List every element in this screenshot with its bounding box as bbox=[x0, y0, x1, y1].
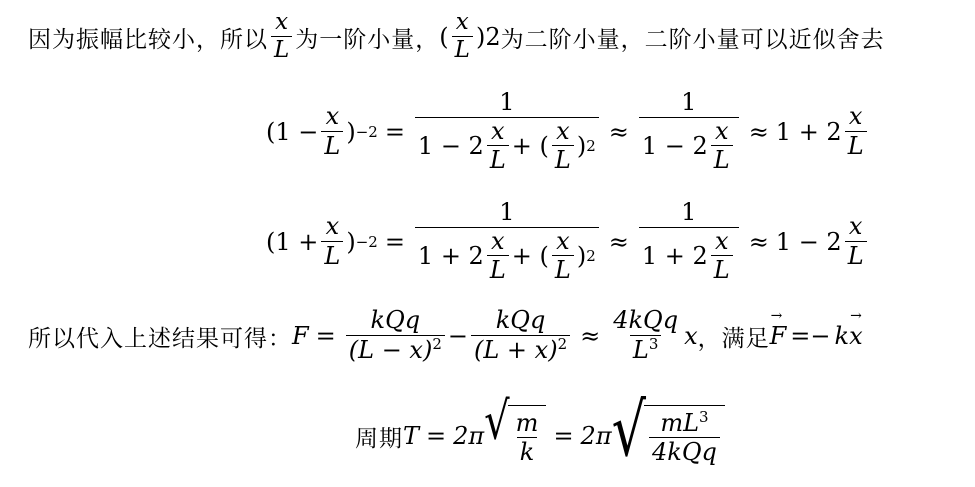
fraction-full: 1 1 − 2 xL + ( xL )2 bbox=[415, 89, 599, 175]
coulomb-term-1: kQq (L − x)2 bbox=[346, 307, 445, 364]
fraction-full: 1 1 + 2 xL + ( xL )2 bbox=[415, 199, 599, 285]
intro-paragraph: 因为振幅比较小，所以 x L 为一阶小量， ( x L )2 为二阶小量，二阶小… bbox=[28, 6, 885, 68]
vector-x: x bbox=[849, 322, 863, 350]
coulomb-term-2: kQq (L + x)2 bbox=[471, 307, 570, 364]
sqrt-period-expanded: √ mL3 4kQq bbox=[612, 405, 725, 467]
equation-expansion-plus: (1 + xL )−2 = 1 1 + 2 xL + ( xL )2 ≈ 1 1… bbox=[266, 196, 870, 288]
linear-force-coeff: 4kQq L3 bbox=[610, 307, 681, 364]
x-over-L-fraction: x L bbox=[271, 9, 292, 64]
intro-text-a: 因为振幅比较小，所以 bbox=[28, 21, 268, 54]
fraction-first-order: 1 1 + 2 xL bbox=[639, 199, 739, 285]
equation-expansion-minus: (1 − xL )−2 = 1 1 − 2 xL + ( xL )2 ≈ 1 1… bbox=[266, 86, 870, 178]
period-formula: 周期 T = 2π √ mk = 2π √ mL3 4kQq bbox=[355, 390, 725, 482]
intro-text-c: 为二阶小量，二阶小量可以近似舍去 bbox=[501, 21, 885, 54]
intro-text-b: 为一阶小量， bbox=[295, 21, 439, 54]
x-over-L-fraction-2: x L bbox=[452, 9, 473, 64]
vector-F: F bbox=[770, 322, 787, 350]
fraction-first-order: 1 1 − 2 xL bbox=[639, 89, 739, 175]
force-derivation: 所以代入上述结果可得： F = kQq (L − x)2 − kQq (L + … bbox=[28, 300, 863, 372]
sqrt-m-over-k: √ mk bbox=[484, 405, 546, 467]
